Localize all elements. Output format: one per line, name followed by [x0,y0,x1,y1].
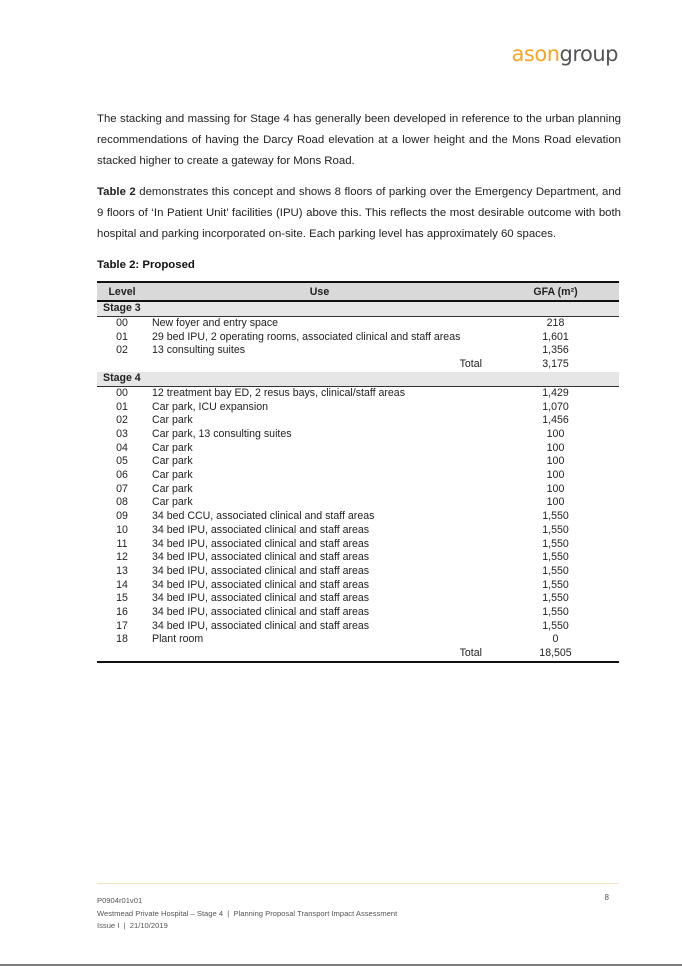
cell-gfa: 1,550 [492,551,619,565]
cell-gfa: 100 [492,455,619,469]
cell-level: 16 [97,606,147,620]
cell-use: 13 consulting suites [147,344,492,358]
cell-gfa: 1,550 [492,592,619,606]
total-value: 18,505 [492,647,619,662]
cell-gfa: 100 [492,442,619,456]
table-row: 0213 consulting suites1,356 [97,344,619,358]
logo-part-ason: ason [512,42,560,66]
cell-gfa: 0 [492,633,619,647]
cell-empty [97,358,147,372]
total-row: Total3,175 [97,358,619,372]
cell-level: 01 [97,331,147,345]
cell-gfa: 1,550 [492,510,619,524]
stage-label: Stage 4 [97,372,619,387]
footer-issue: Issue I | 21/10/2019 [97,920,397,933]
table-row: 1134 bed IPU, associated clinical and st… [97,538,619,552]
header-gfa: GFA (m²) [492,282,619,301]
cell-gfa: 1,356 [492,344,619,358]
cell-level: 02 [97,414,147,428]
table-row: 1334 bed IPU, associated clinical and st… [97,565,619,579]
cell-gfa: 1,456 [492,414,619,428]
cell-level: 02 [97,344,147,358]
stage-row: Stage 3 [97,301,619,317]
cell-gfa: 1,550 [492,524,619,538]
cell-gfa: 1,429 [492,386,619,400]
paragraph-stacking: The stacking and massing for Stage 4 has… [97,109,621,172]
table-row: 01Car park, ICU expansion1,070 [97,401,619,415]
cell-level: 13 [97,565,147,579]
cell-level: 15 [97,592,147,606]
stage-label: Stage 3 [97,301,619,317]
cell-use: 34 bed CCU, associated clinical and staf… [147,510,492,524]
cell-use: Car park [147,442,492,456]
cell-use: Plant room [147,633,492,647]
cell-level: 01 [97,401,147,415]
cell-use: Car park [147,496,492,510]
table-caption: Table 2: Proposed [97,259,195,271]
cell-use: New foyer and entry space [147,317,492,331]
cell-use: 29 bed IPU, 2 operating rooms, associate… [147,331,492,345]
cell-level: 10 [97,524,147,538]
cell-level: 05 [97,455,147,469]
cell-level: 17 [97,620,147,634]
cell-level: 18 [97,633,147,647]
cell-level: 14 [97,579,147,593]
cell-use: 34 bed IPU, associated clinical and staf… [147,565,492,579]
logo-part-group: group [560,42,619,66]
paragraph-table-reference-text: demonstrates this concept and shows 8 fl… [97,186,621,240]
table-row: 1734 bed IPU, associated clinical and st… [97,620,619,634]
header-use: Use [147,282,492,301]
cell-gfa: 1,070 [492,401,619,415]
cell-gfa: 1,550 [492,565,619,579]
footer-doc-ref: P0904r01v01 [97,895,397,908]
total-value: 3,175 [492,358,619,372]
cell-use: Car park [147,469,492,483]
table-row: 02Car park1,456 [97,414,619,428]
footer-divider [97,883,619,884]
table-row: 0129 bed IPU, 2 operating rooms, associa… [97,331,619,345]
total-label: Total [147,358,492,372]
cell-level: 07 [97,483,147,497]
table-row: 08Car park100 [97,496,619,510]
cell-use: Car park [147,455,492,469]
cell-empty [97,647,147,662]
cell-gfa: 1,601 [492,331,619,345]
cell-level: 12 [97,551,147,565]
paragraph-table-reference: Table 2 demonstrates this concept and sh… [97,182,621,245]
table-row: 05Car park100 [97,455,619,469]
cell-use: Car park [147,483,492,497]
cell-level: 11 [97,538,147,552]
cell-use: 34 bed IPU, associated clinical and staf… [147,538,492,552]
cell-gfa: 100 [492,483,619,497]
header-level: Level [97,282,147,301]
table-body: Stage 300New foyer and entry space218012… [97,301,619,662]
table-row: 0934 bed CCU, associated clinical and st… [97,510,619,524]
cell-use: 34 bed IPU, associated clinical and staf… [147,606,492,620]
gfa-table: Level Use GFA (m²) Stage 300New foyer an… [97,281,619,663]
cell-gfa: 100 [492,469,619,483]
cell-gfa: 100 [492,496,619,510]
cell-use: 34 bed IPU, associated clinical and staf… [147,579,492,593]
table-row: 18Plant room0 [97,633,619,647]
table-row: 1034 bed IPU, associated clinical and st… [97,524,619,538]
table-reference-bold: Table 2 [97,186,136,198]
cell-level: 04 [97,442,147,456]
cell-use: Car park, ICU expansion [147,401,492,415]
company-logo: asongroup [512,42,618,66]
cell-level: 00 [97,386,147,400]
table-row: 1634 bed IPU, associated clinical and st… [97,606,619,620]
cell-level: 06 [97,469,147,483]
cell-gfa: 218 [492,317,619,331]
cell-use: 34 bed IPU, associated clinical and staf… [147,592,492,606]
cell-use: Car park [147,414,492,428]
cell-use: 34 bed IPU, associated clinical and staf… [147,551,492,565]
page-number: 8 [605,893,609,902]
table-row: 1434 bed IPU, associated clinical and st… [97,579,619,593]
cell-gfa: 1,550 [492,620,619,634]
cell-use: 34 bed IPU, associated clinical and staf… [147,524,492,538]
cell-level: 08 [97,496,147,510]
cell-use: 12 treatment bay ED, 2 resus bays, clini… [147,386,492,400]
cell-gfa: 1,550 [492,538,619,552]
total-row: Total18,505 [97,647,619,662]
table-row: 04Car park100 [97,442,619,456]
table-row: 06Car park100 [97,469,619,483]
table-row: 1534 bed IPU, associated clinical and st… [97,592,619,606]
table-row: 0012 treatment bay ED, 2 resus bays, cli… [97,386,619,400]
stage-row: Stage 4 [97,372,619,387]
table-header-row: Level Use GFA (m²) [97,282,619,301]
cell-gfa: 100 [492,428,619,442]
cell-gfa: 1,550 [492,606,619,620]
table-row: 00New foyer and entry space218 [97,317,619,331]
table-row: 07Car park100 [97,483,619,497]
footer: P0904r01v01 Westmead Private Hospital – … [97,895,397,933]
cell-use: 34 bed IPU, associated clinical and staf… [147,620,492,634]
cell-level: 00 [97,317,147,331]
cell-level: 03 [97,428,147,442]
table-row: 1234 bed IPU, associated clinical and st… [97,551,619,565]
footer-title: Westmead Private Hospital – Stage 4 | Pl… [97,908,397,921]
cell-level: 09 [97,510,147,524]
total-label: Total [147,647,492,662]
cell-use: Car park, 13 consulting suites [147,428,492,442]
cell-gfa: 1,550 [492,579,619,593]
table-row: 03Car park, 13 consulting suites100 [97,428,619,442]
